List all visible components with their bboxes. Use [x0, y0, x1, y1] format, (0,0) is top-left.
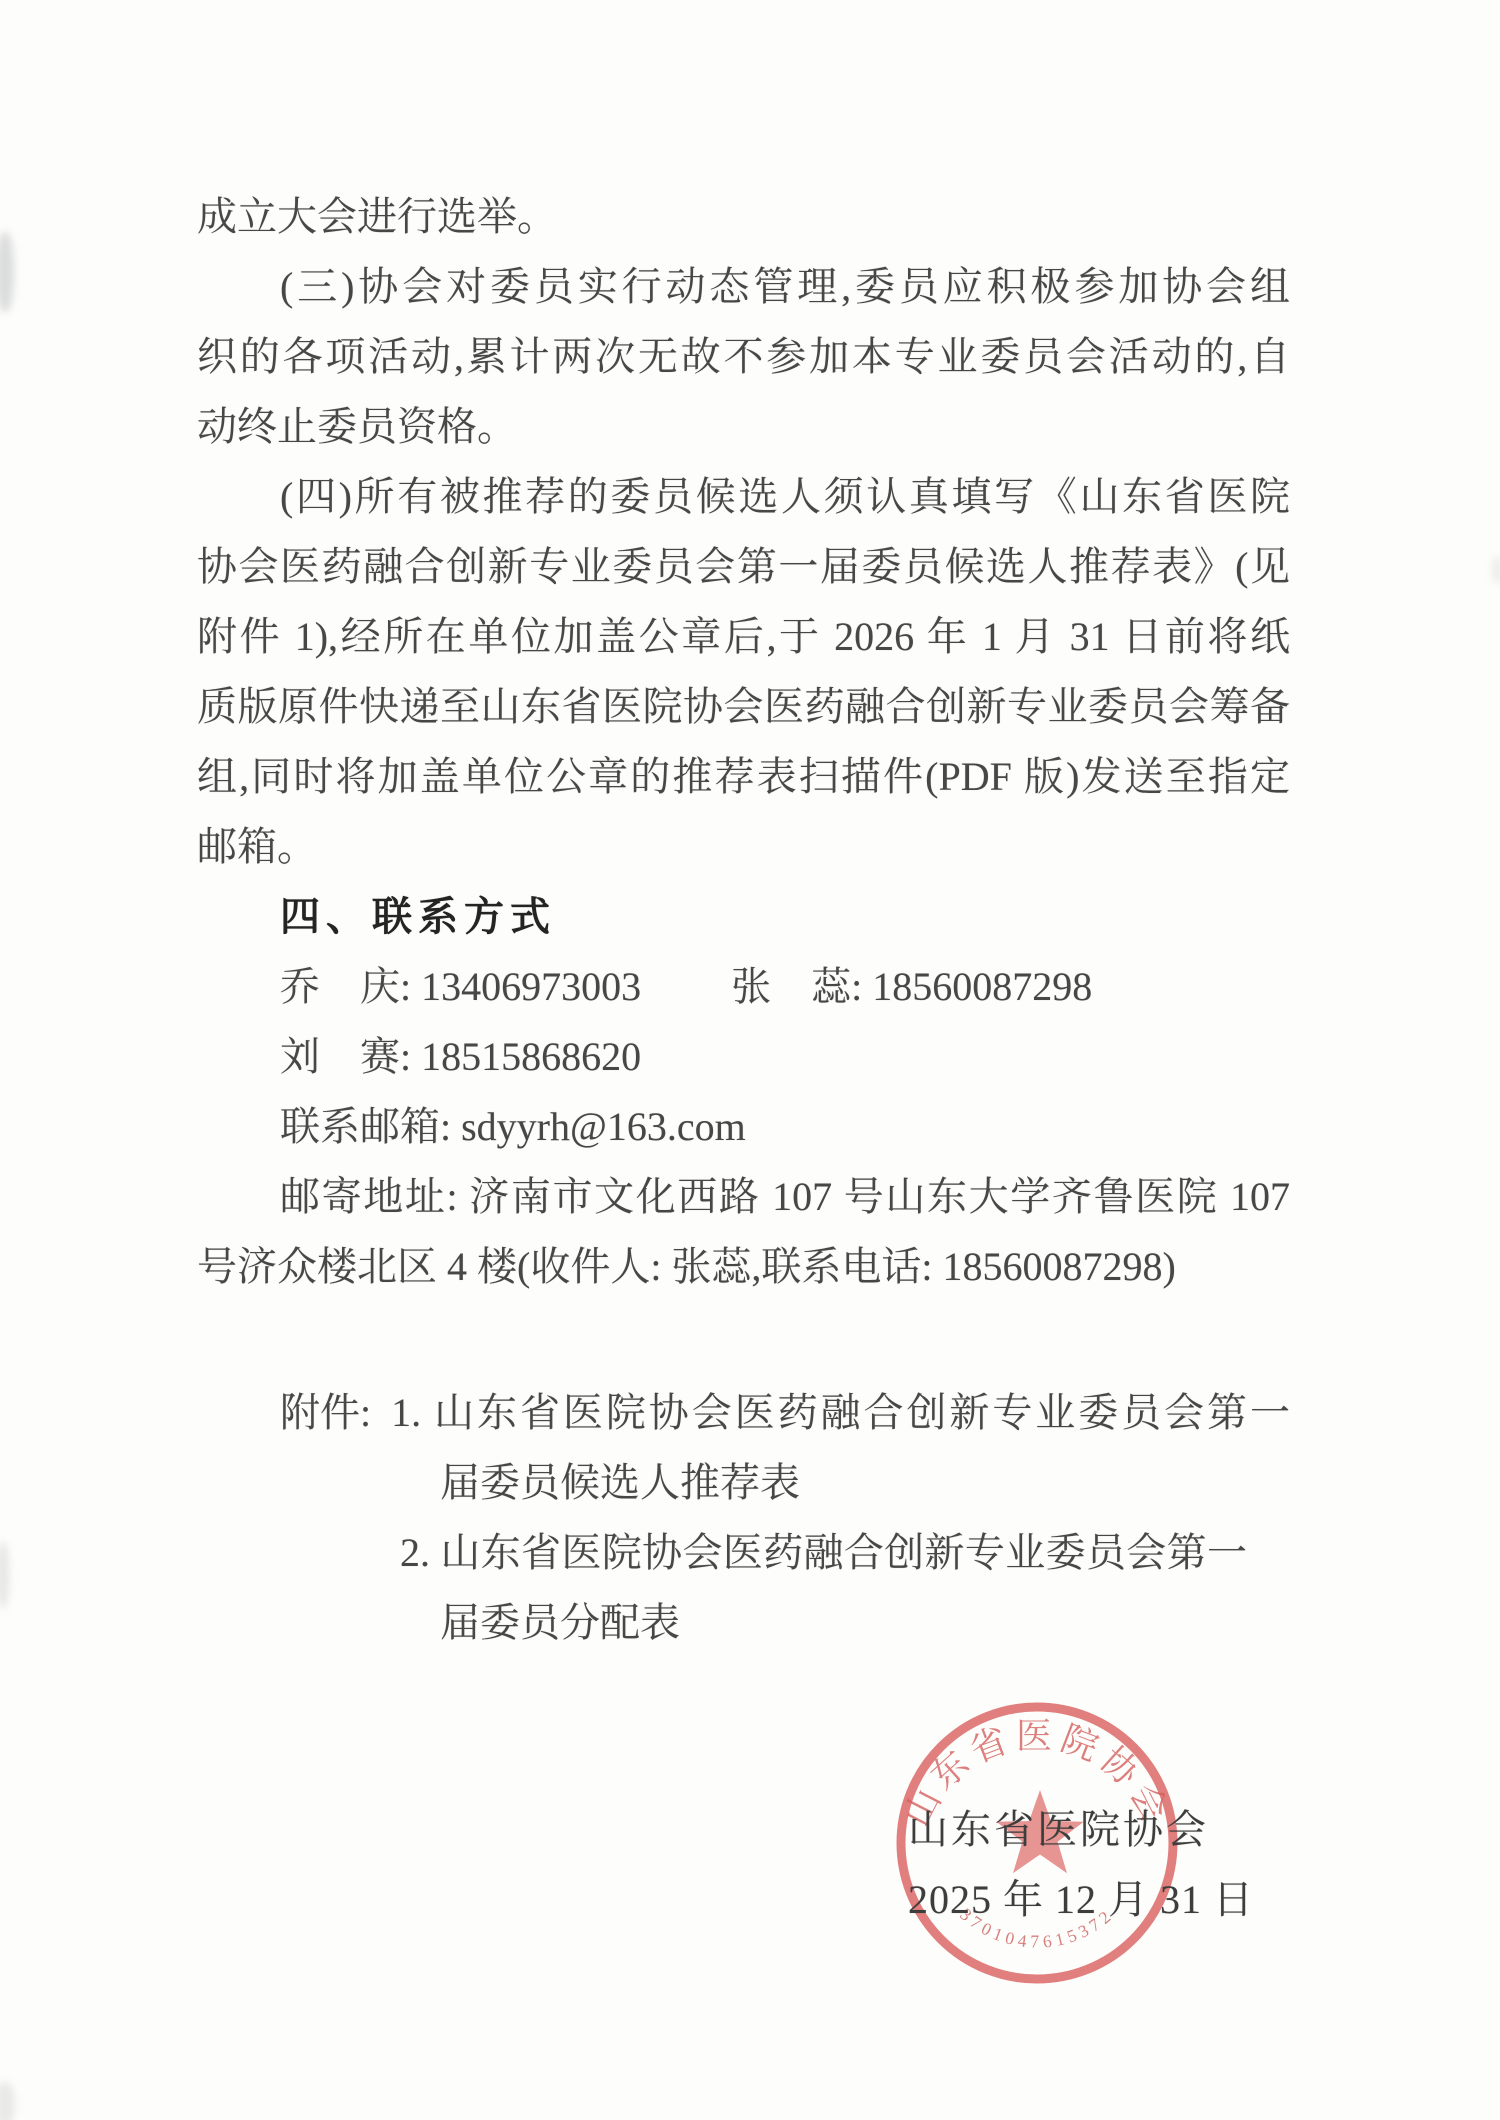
paragraph-line: (三)协会对委员实行动态管理,委员应积极参加协会组: [197, 252, 1290, 322]
paragraph-line: 邮箱。: [197, 812, 1290, 882]
paragraph-line: 成立大会进行选举。: [197, 182, 1290, 252]
paragraph-line: 协会医药融合创新专业委员会第一届委员候选人推荐表》(见: [197, 532, 1290, 602]
attachments-label: 附件:: [280, 1378, 371, 1448]
attachment-1-line-2: 届委员候选人推荐表: [440, 1448, 1290, 1518]
attachment-item: 附件:1. 山东省医院协会医药融合创新专业委员会第一: [280, 1378, 1290, 1448]
paragraph-line: (四)所有被推荐的委员候选人须认真填写《山东省医院: [197, 462, 1290, 532]
paragraph-line: 质版原件快递至山东省医院协会医药融合创新专业委员会筹备: [197, 672, 1290, 742]
mailing-address-line: 邮寄地址: 济南市文化西路 107 号山东大学齐鲁医院 107: [280, 1162, 1290, 1232]
attachments-block: 附件:1. 山东省医院协会医药融合创新专业委员会第一 届委员候选人推荐表 2. …: [197, 1378, 1290, 1658]
contact-qiao-qing: 乔 庆: 13406973003: [280, 964, 641, 1009]
mailing-address-line: 号济众楼北区 4 楼(收件人: 张蕊,联系电话: 18560087298): [197, 1232, 1290, 1302]
scan-smudge: [1492, 556, 1500, 584]
scanned-document-page: 山东省医院协会 3701047615372 成立大会进行选举。 (三)协会对委员…: [0, 0, 1500, 2120]
scan-smudge: [0, 232, 14, 312]
attachment-1-line-1: 1. 山东省医院协会医药融合创新专业委员会第一: [391, 1378, 1290, 1448]
paragraph-line: 动终止委员资格。: [197, 392, 1290, 462]
contact-line: 乔 庆: 13406973003张 蕊: 18560087298: [280, 952, 1290, 1022]
signature-organization: 山东省医院协会: [908, 1795, 1209, 1865]
paragraph-line: 织的各项活动,累计两次无故不参加本专业委员会活动的,自: [197, 322, 1290, 392]
contact-liu-sai: 刘 赛: 18515868620: [280, 1022, 1290, 1092]
contact-section-heading: 四、联系方式: [280, 882, 1290, 952]
scan-smudge: [0, 1542, 9, 1608]
attachment-2-line-2: 届委员分配表: [440, 1588, 1290, 1658]
signature-date: 2025 年 12 月 31 日: [908, 1865, 1254, 1935]
attachment-2-line-1: 2. 山东省医院协会医药融合创新专业委员会第一: [400, 1518, 1247, 1588]
paragraph-line: 附件 1),经所在单位加盖公章后,于 2026 年 1 月 31 日前将纸: [197, 602, 1290, 672]
contact-email-line: 联系邮箱: sdyyrh@163.com: [280, 1092, 1290, 1162]
document-body: 成立大会进行选举。 (三)协会对委员实行动态管理,委员应积极参加协会组 织的各项…: [197, 182, 1290, 1302]
paragraph-line: 组,同时将加盖单位公章的推荐表扫描件(PDF 版)发送至指定: [197, 742, 1290, 812]
scan-smudge: [0, 2082, 15, 2120]
contact-zhang-rui: 张 蕊: 18560087298: [731, 964, 1092, 1009]
